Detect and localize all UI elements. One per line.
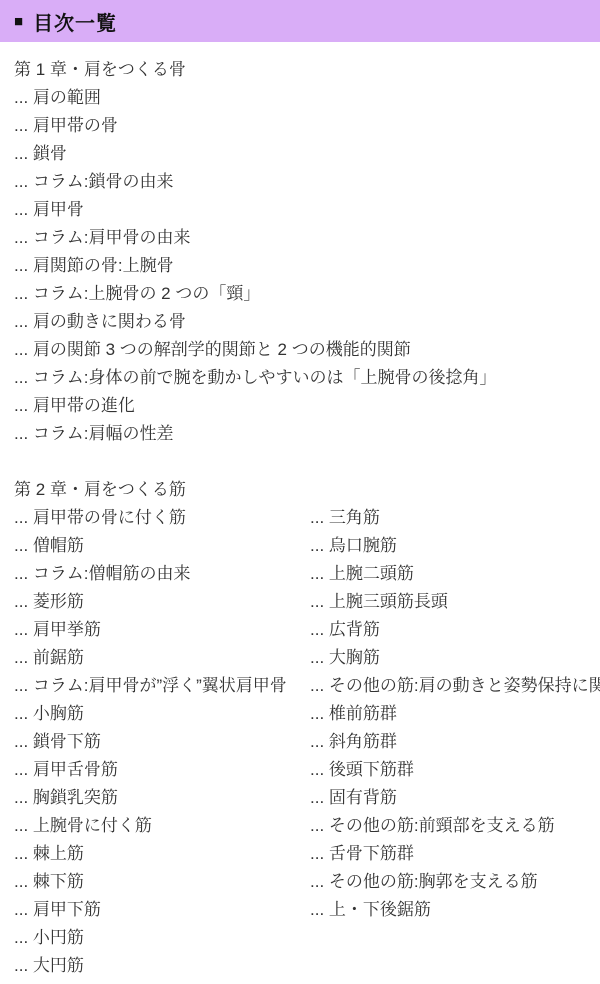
toc-item: ... 上腕二頭筋 bbox=[310, 560, 600, 588]
toc-item: ... コラム:肩甲骨が”浮く”翼状肩甲骨 bbox=[14, 672, 310, 700]
toc-item: ... コラム:上腕骨の 2 つの「頸」 bbox=[14, 280, 600, 308]
toc-item: ... コラム:僧帽筋の由来 bbox=[14, 560, 310, 588]
toc-item: ... 肩甲帯の進化 bbox=[14, 392, 600, 420]
toc-item: ... 肩甲骨 bbox=[14, 196, 600, 224]
toc-item: ... 前鋸筋 bbox=[14, 644, 310, 672]
toc-item: ... 大胸筋 bbox=[310, 644, 600, 672]
toc-item: ... 斜角筋群 bbox=[310, 728, 600, 756]
toc-item: ... 僧帽筋 bbox=[14, 532, 310, 560]
toc-item: ... 上・下後鋸筋 bbox=[310, 896, 600, 924]
toc-item: ... 肩の動きに関わる骨 bbox=[14, 308, 600, 336]
chapter-2-section: 第 2 章・肩をつくる筋 ... 肩甲帯の骨に付く筋... 僧帽筋... コラム… bbox=[14, 476, 600, 980]
toc-item: ... 棘下筋 bbox=[14, 868, 310, 896]
toc-item: ... 後頭下筋群 bbox=[310, 756, 600, 784]
chapter-2-right-column: ... 三角筋... 烏口腕筋... 上腕二頭筋... 上腕三頭筋長頭... 広… bbox=[310, 504, 600, 924]
toc-item: ... 肩甲挙筋 bbox=[14, 616, 310, 644]
toc-item: ... 棘上筋 bbox=[14, 840, 310, 868]
toc-item: ... 肩甲舌骨筋 bbox=[14, 756, 310, 784]
toc-item: ... 三角筋 bbox=[310, 504, 600, 532]
toc-item: ... コラム:肩甲骨の由来 bbox=[14, 224, 600, 252]
toc-item: ... 鎖骨 bbox=[14, 140, 600, 168]
toc-item: ... その他の筋:前頸部を支える筋 bbox=[310, 812, 600, 840]
toc-item: ... 肩甲下筋 bbox=[14, 896, 310, 924]
toc-item: ... 大円筋 bbox=[14, 952, 310, 980]
toc-item: ... コラム:鎖骨の由来 bbox=[14, 168, 600, 196]
table-of-contents: 第 1 章・肩をつくる骨 ... 肩の範囲... 肩甲帯の骨... 鎖骨... … bbox=[0, 42, 600, 980]
page-title: 目次一覧 bbox=[33, 7, 117, 36]
chapter-2-left-column: ... 肩甲帯の骨に付く筋... 僧帽筋... コラム:僧帽筋の由来... 菱形… bbox=[14, 504, 310, 980]
chapter-1-section: 第 1 章・肩をつくる骨 ... 肩の範囲... 肩甲帯の骨... 鎖骨... … bbox=[14, 56, 600, 448]
toc-item: ... 椎前筋群 bbox=[310, 700, 600, 728]
toc-item: ... 肩の関節 3 つの解剖学的関節と 2 つの機能的関節 bbox=[14, 336, 600, 364]
chapter-2-columns: ... 肩甲帯の骨に付く筋... 僧帽筋... コラム:僧帽筋の由来... 菱形… bbox=[14, 504, 600, 980]
toc-item: ... その他の筋:肩の動きと姿勢保持に関わる筋 bbox=[310, 672, 600, 700]
toc-item: ... 小円筋 bbox=[14, 924, 310, 952]
toc-item: ... 肩甲帯の骨 bbox=[14, 112, 600, 140]
toc-item: ... 肩関節の骨:上腕骨 bbox=[14, 252, 600, 280]
toc-item: ... 肩甲帯の骨に付く筋 bbox=[14, 504, 310, 532]
toc-item: ... 烏口腕筋 bbox=[310, 532, 600, 560]
square-bullet-icon: ■ bbox=[14, 14, 23, 29]
page-header: ■ 目次一覧 bbox=[0, 0, 600, 42]
chapter-2-title: 第 2 章・肩をつくる筋 bbox=[14, 476, 600, 504]
toc-item: ... 舌骨下筋群 bbox=[310, 840, 600, 868]
toc-item: ... 固有背筋 bbox=[310, 784, 600, 812]
toc-item: ... 上腕三頭筋長頭 bbox=[310, 588, 600, 616]
toc-item: ... 広背筋 bbox=[310, 616, 600, 644]
toc-item: ... 菱形筋 bbox=[14, 588, 310, 616]
toc-item: ... コラム:身体の前で腕を動かしやすいのは「上腕骨の後捻角」 bbox=[14, 364, 600, 392]
toc-item: ... コラム:肩幅の性差 bbox=[14, 420, 600, 448]
toc-item: ... 小胸筋 bbox=[14, 700, 310, 728]
toc-item: ... 上腕骨に付く筋 bbox=[14, 812, 310, 840]
toc-item: ... 胸鎖乳突筋 bbox=[14, 784, 310, 812]
toc-item: ... その他の筋:胸郭を支える筋 bbox=[310, 868, 600, 896]
chapter-1-title: 第 1 章・肩をつくる骨 bbox=[14, 56, 600, 84]
toc-item: ... 肩の範囲 bbox=[14, 84, 600, 112]
chapter-1-items: ... 肩の範囲... 肩甲帯の骨... 鎖骨... コラム:鎖骨の由来... … bbox=[14, 84, 600, 448]
toc-item: ... 鎖骨下筋 bbox=[14, 728, 310, 756]
